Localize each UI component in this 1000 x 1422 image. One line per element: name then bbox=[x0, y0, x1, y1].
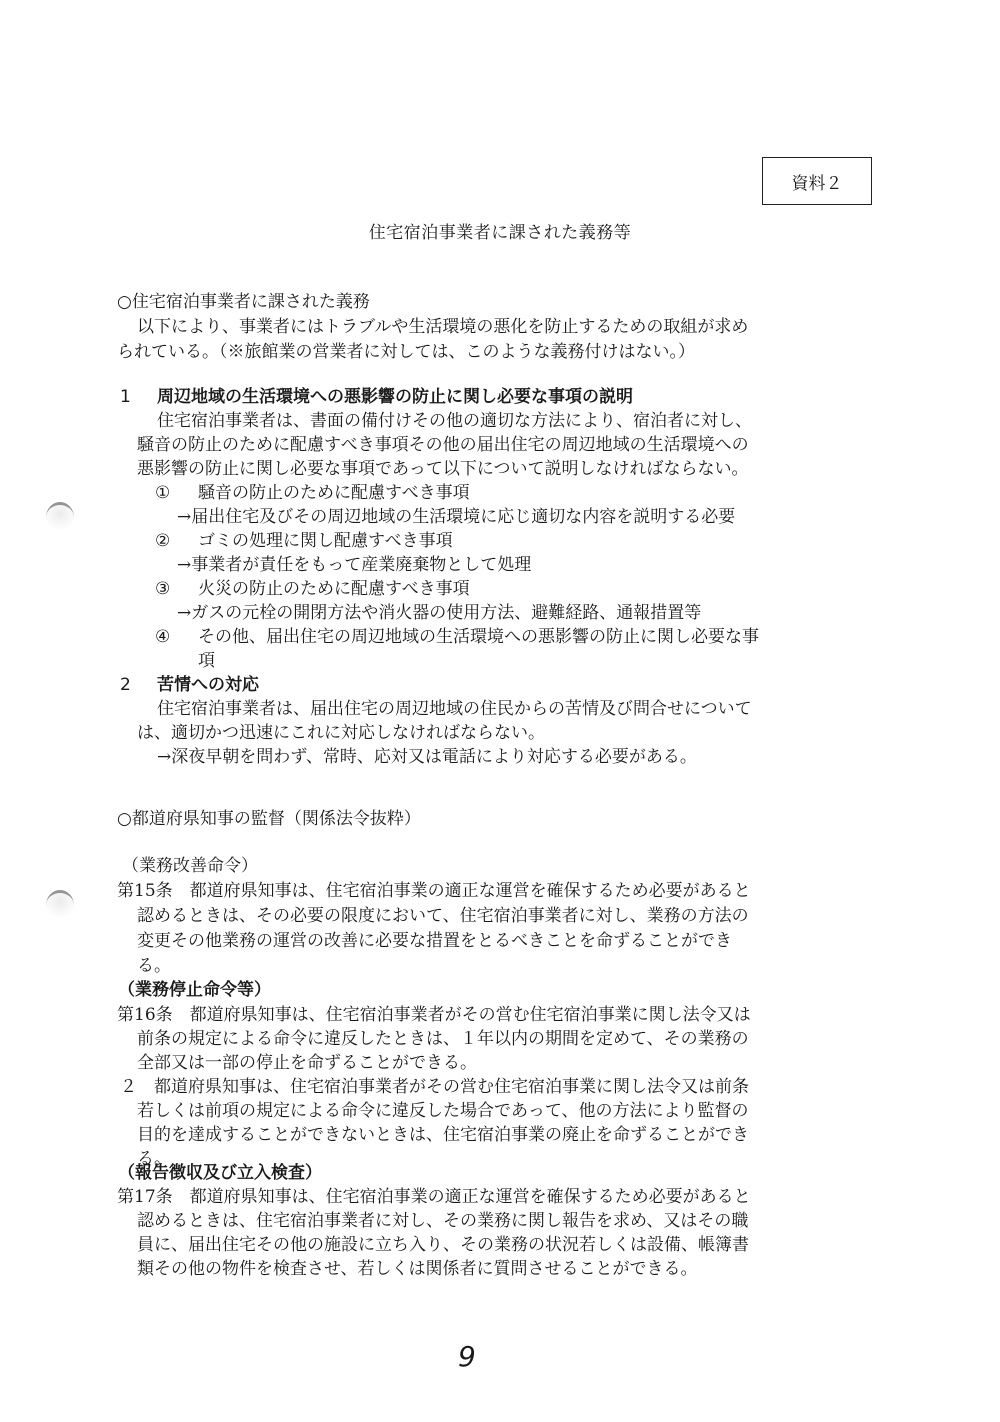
subitem-note: →事業者が責任をもって産業廃棄物として処理 bbox=[177, 554, 531, 576]
subitem-text: 騒音の防止のために配慮すべき事項 bbox=[198, 482, 470, 504]
subitem-marker: ③ bbox=[155, 578, 170, 600]
document-label: 資料２ bbox=[792, 169, 843, 194]
article-line: 類その他の物件を検査させ、若しくは関係者に質問させることができる。 bbox=[137, 1258, 698, 1280]
article-line: 第17条 都道府県知事は、住宅宿泊事業の適正な運営を確保するため必要があると bbox=[117, 1186, 751, 1208]
article-line: 員に、届出住宅その他の施設に立ち入り、その業務の状況若しくは設備、帳簿書 bbox=[137, 1234, 749, 1256]
item1-body-line: 騒音の防止のために配慮すべき事項その他の届出住宅の周辺地域の生活環境への bbox=[137, 434, 749, 456]
item1-heading: 周辺地域の生活環境への悪影響の防止に関し必要な事項の説明 bbox=[157, 386, 633, 408]
article-line: 第15条 都道府県知事は、住宅宿泊事業の適正な運営を確保するため必要があると bbox=[117, 880, 751, 902]
intro-line: られている。（※旅館業の営業者に対しては、このような義務付けはない。） bbox=[117, 341, 695, 363]
intro-line: 以下により、事業者にはトラブルや生活環境の悪化を防止するための取組が求め bbox=[137, 316, 748, 338]
article-line: 認めるときは、その必要の限度において、住宅宿泊事業者に対し、業務の方法の bbox=[137, 905, 749, 927]
item2-body-line: は、適切かつ迅速にこれに対応しなければならない。 bbox=[137, 722, 545, 744]
item2-body-line: 住宅宿泊事業者は、届出住宅の周辺地域の住民からの苦情及び問合せについて bbox=[157, 698, 752, 720]
item2-number: 2 bbox=[120, 674, 131, 696]
item1-body-line: 悪影響の防止に関し必要な事項であって以下について説明しなければならない。 bbox=[137, 458, 749, 480]
article-paragraph-line: 目的を達成することができないときは、住宅宿泊事業の廃止を命ずることができ bbox=[137, 1124, 749, 1146]
article-paragraph-line: ２ 都道府県知事は、住宅宿泊事業者がその営む住宅宿泊事業に関し法令又は前条 bbox=[120, 1076, 749, 1098]
article-line: 全部又は一部の停止を命ずることができる。 bbox=[137, 1052, 477, 1074]
article-caption: （報告徴収及び立入検査） bbox=[118, 1162, 322, 1184]
subitem-text: その他、届出住宅の周辺地域の生活環境への悪影響の防止に関し必要な事 bbox=[198, 626, 759, 648]
page-number: 9 bbox=[458, 1340, 476, 1373]
subitem-marker: ④ bbox=[155, 626, 170, 648]
punch-hole-icon bbox=[46, 890, 74, 921]
article-line: 第16条 都道府県知事は、住宅宿泊事業者がその営む住宅宿泊事業に関し法令又は bbox=[117, 1004, 751, 1026]
document-page: 資料２ 住宅宿泊事業者に課された義務等 ○住宅宿泊事業者に課された義務 以下によ… bbox=[0, 0, 1000, 1422]
subitem-note: →ガスの元栓の開閉方法や消火器の使用方法、避難経路、通報措置等 bbox=[177, 602, 701, 624]
subitem-text-cont: 項 bbox=[198, 650, 215, 672]
document-label-box: 資料２ bbox=[762, 157, 872, 205]
item2-body-line: →深夜早朝を問わず、常時、応対又は電話により対応する必要がある。 bbox=[157, 746, 697, 768]
article-paragraph-line: 若しくは前項の規定による命令に違反した場合であって、他の方法により監督の bbox=[137, 1100, 749, 1122]
subitem-note: →届出住宅及びその周辺地域の生活環境に応じ適切な内容を説明する必要 bbox=[177, 506, 735, 528]
item1-number: 1 bbox=[120, 386, 131, 408]
article-caption: （業務改善命令） bbox=[122, 855, 258, 877]
article-line: る。 bbox=[137, 955, 171, 977]
item2-heading: 苦情への対応 bbox=[157, 674, 259, 696]
section-heading-supervision: ○都道府県知事の監督（関係法令抜粋） bbox=[117, 808, 421, 830]
page-title: 住宅宿泊事業者に課された義務等 bbox=[0, 218, 1000, 243]
article-line: 前条の規定による命令に違反したときは、１年以内の期間を定めて、その業務の bbox=[137, 1028, 749, 1050]
article-line: 変更その他業務の運営の改善に必要な措置をとるべきことを命ずることができ bbox=[137, 930, 732, 952]
subitem-text: 火災の防止のために配慮すべき事項 bbox=[198, 578, 470, 600]
item1-body-line: 住宅宿泊事業者は、書面の備付けその他の適切な方法により、宿泊者に対し、 bbox=[157, 410, 752, 432]
article-line: 認めるときは、住宅宿泊事業者に対し、その業務に関し報告を求め、又はその職 bbox=[137, 1210, 748, 1232]
punch-hole-icon bbox=[46, 502, 74, 533]
subitem-marker: ② bbox=[155, 530, 170, 552]
subitem-marker: ① bbox=[155, 482, 170, 504]
subitem-text: ゴミの処理に関し配慮すべき事項 bbox=[198, 530, 453, 552]
section-heading-obligations: ○住宅宿泊事業者に課された義務 bbox=[117, 291, 370, 313]
article-caption: （業務停止命令等） bbox=[118, 979, 271, 1001]
